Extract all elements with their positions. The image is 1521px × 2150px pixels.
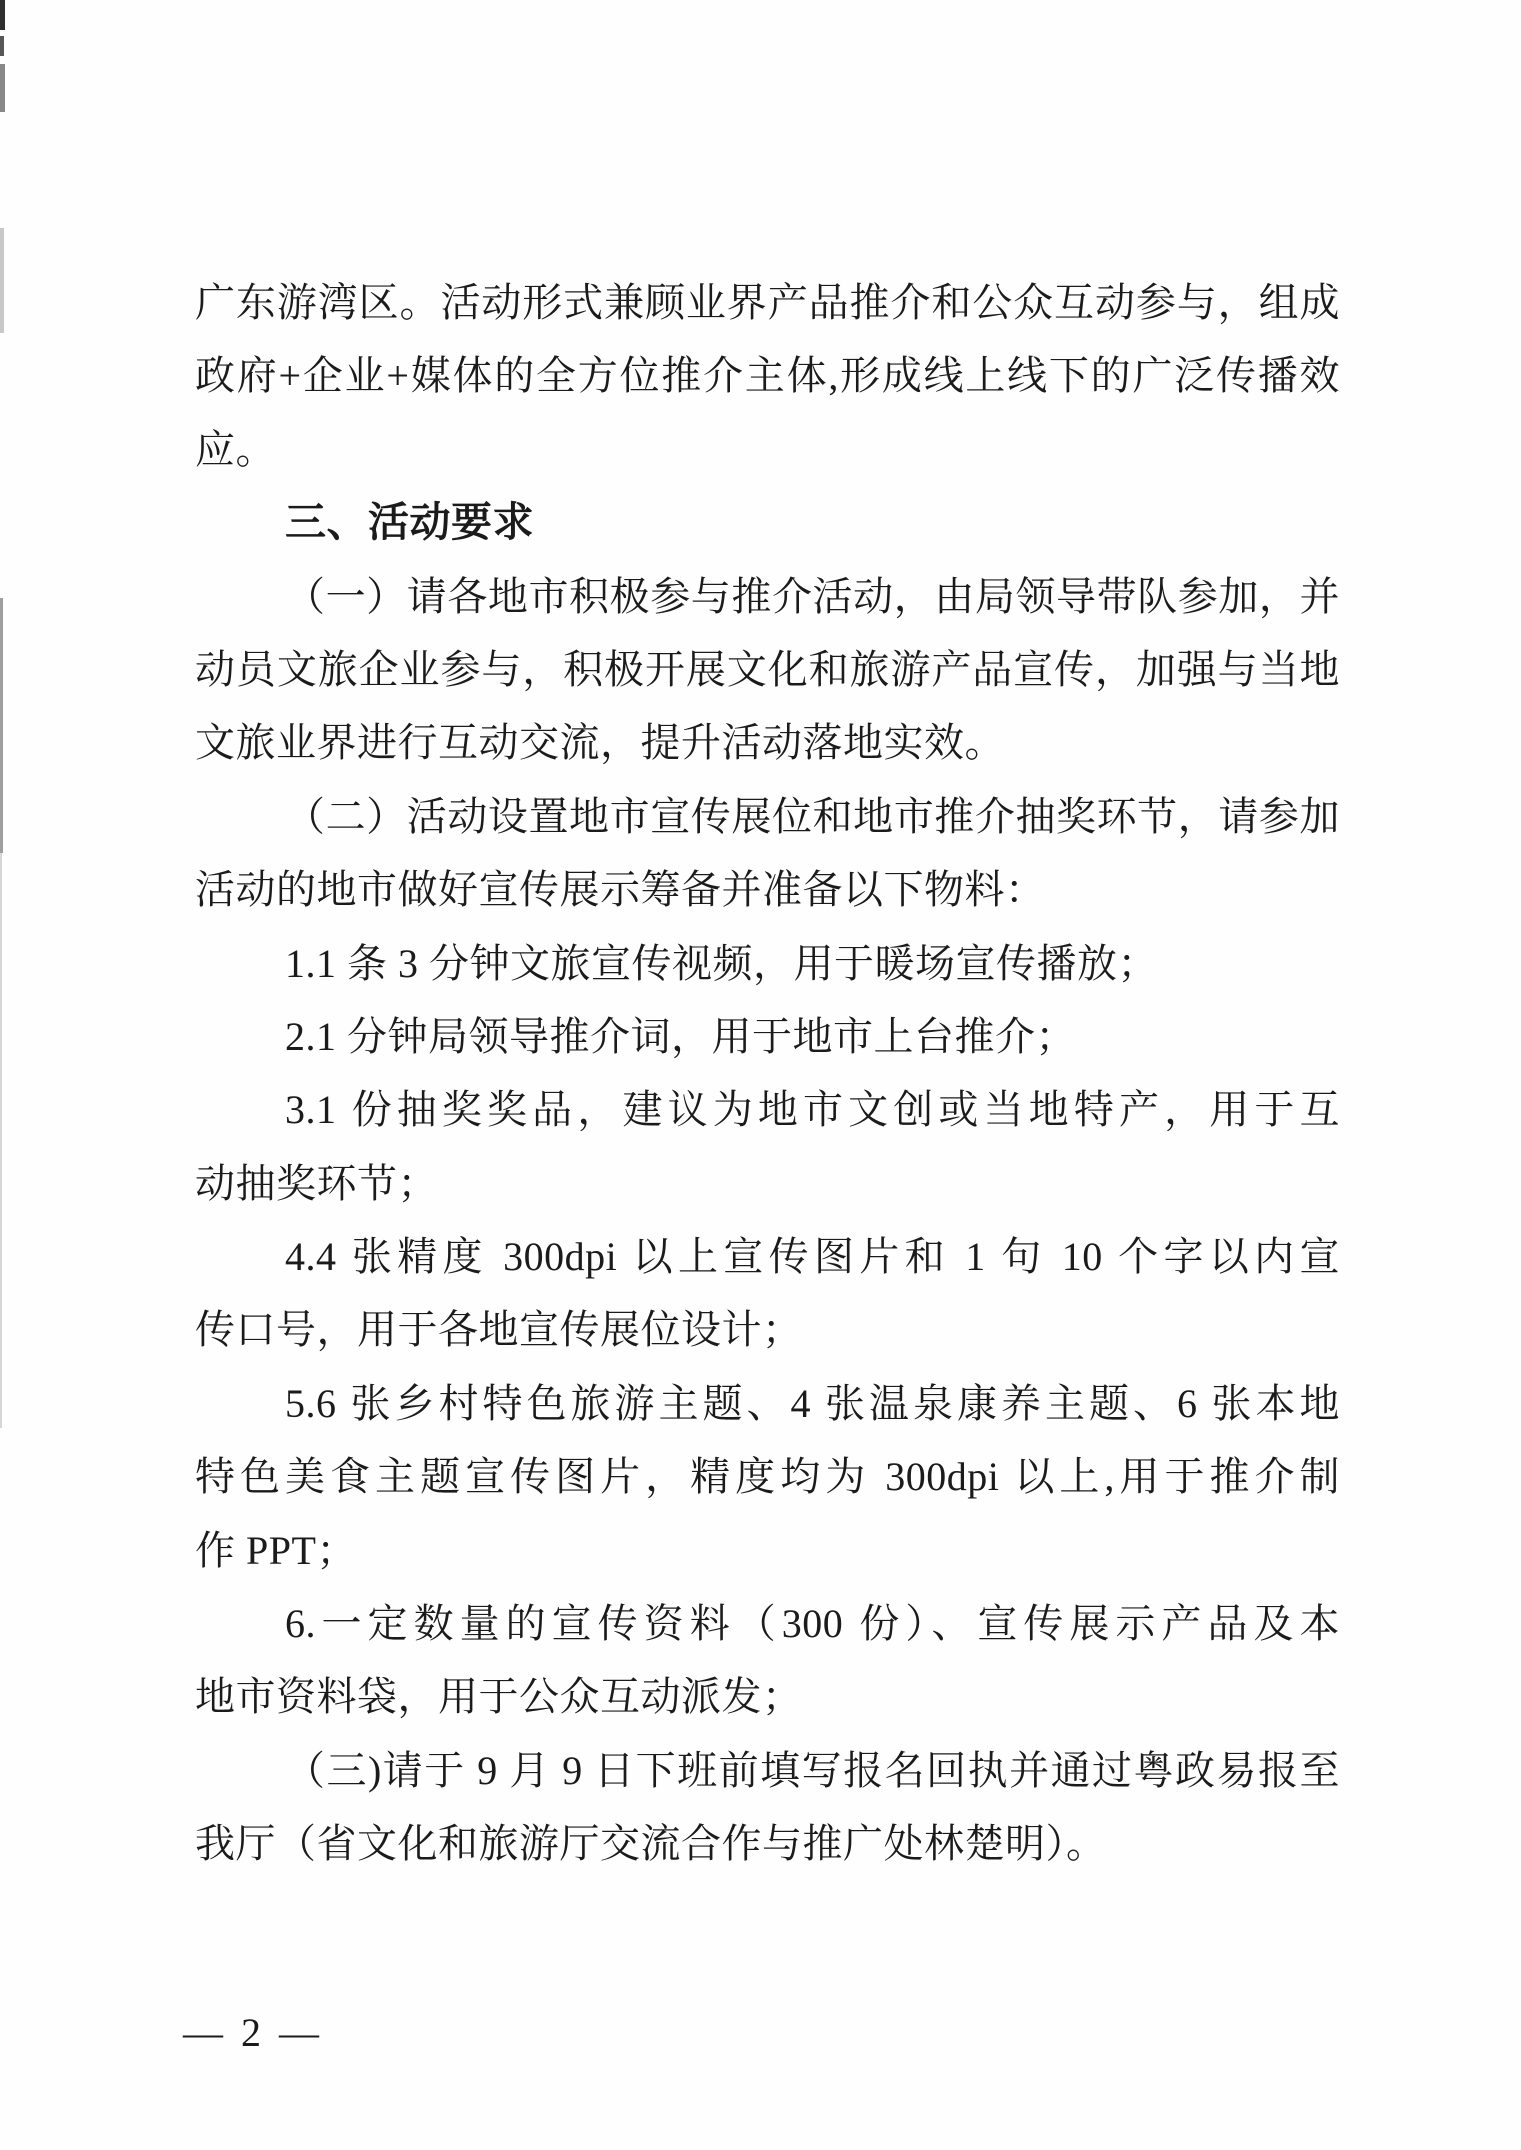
body-text-line: 特色美食主题宣传图片，精度均为 300dpi 以上,用于推介制 — [195, 1440, 1340, 1513]
body-text-line: 动员文旅企业参与，积极开展文化和旅游产品宣传，加强与当地 — [195, 633, 1340, 706]
body-text-line: 2.1 分钟局领导推介词，用于地市上台推介； — [195, 1000, 1340, 1073]
document-page: 广东游湾区。活动形式兼顾业界产品推介和公众互动参与，组成政府+企业+媒体的全方位… — [0, 0, 1521, 2150]
body-text-line: 政府+企业+媒体的全方位推介主体,形成线上线下的广泛传播效 — [195, 339, 1340, 412]
body-text-line: 传口号，用于各地宣传展位设计； — [195, 1293, 1340, 1366]
page-number-label: — 2 — — [183, 2010, 320, 2055]
body-text-line: 我厅（省文化和旅游厅交流合作与推广处林楚明）。 — [195, 1807, 1340, 1880]
page-footer: — 2 — — [183, 2010, 320, 2056]
scan-artifact — [0, 36, 4, 56]
body-text-line: （三)请于 9 月 9 日下班前填写报名回执并通过粤政易报至 — [195, 1734, 1340, 1807]
body-text-line: 地市资料袋，用于公众互动派发； — [195, 1660, 1340, 1733]
section-heading: 三、活动要求 — [195, 486, 1340, 559]
body-text-line: 1.1 条 3 分钟文旅宣传视频，用于暖场宣传播放； — [195, 927, 1340, 1000]
scan-artifact — [0, 228, 4, 333]
body-text-line: 5.6 张乡村特色旅游主题、4 张温泉康养主题、6 张本地 — [195, 1367, 1340, 1440]
document-body: 广东游湾区。活动形式兼顾业界产品推介和公众互动参与，组成政府+企业+媒体的全方位… — [195, 266, 1340, 1881]
body-text-line: 4.4 张精度 300dpi 以上宣传图片和 1 句 10 个字以内宣 — [195, 1220, 1340, 1293]
body-text-line: （二）活动设置地市宣传展位和地市推介抽奖环节，请参加 — [195, 780, 1340, 853]
body-text-line: 作 PPT； — [195, 1514, 1340, 1587]
body-text-line: 广东游湾区。活动形式兼顾业界产品推介和公众互动参与，组成 — [195, 266, 1340, 339]
body-text-line: 应。 — [195, 413, 1340, 486]
scan-artifact — [0, 598, 3, 853]
body-text-line: （一）请各地市积极参与推介活动，由局领导带队参加，并 — [195, 560, 1340, 633]
scan-artifact — [0, 0, 5, 30]
body-text-line: 6.一定数量的宣传资料（300 份）、宣传展示产品及本 — [195, 1587, 1340, 1660]
body-text-line: 文旅业界进行互动交流，提升活动落地实效。 — [195, 706, 1340, 779]
scan-artifact — [0, 64, 5, 112]
body-text-line: 活动的地市做好宣传展示筹备并准备以下物料： — [195, 853, 1340, 926]
scan-artifact — [0, 853, 2, 1428]
body-text-line: 3.1 份抽奖奖品，建议为地市文创或当地特产，用于互 — [195, 1073, 1340, 1146]
body-text-line: 动抽奖环节； — [195, 1147, 1340, 1220]
